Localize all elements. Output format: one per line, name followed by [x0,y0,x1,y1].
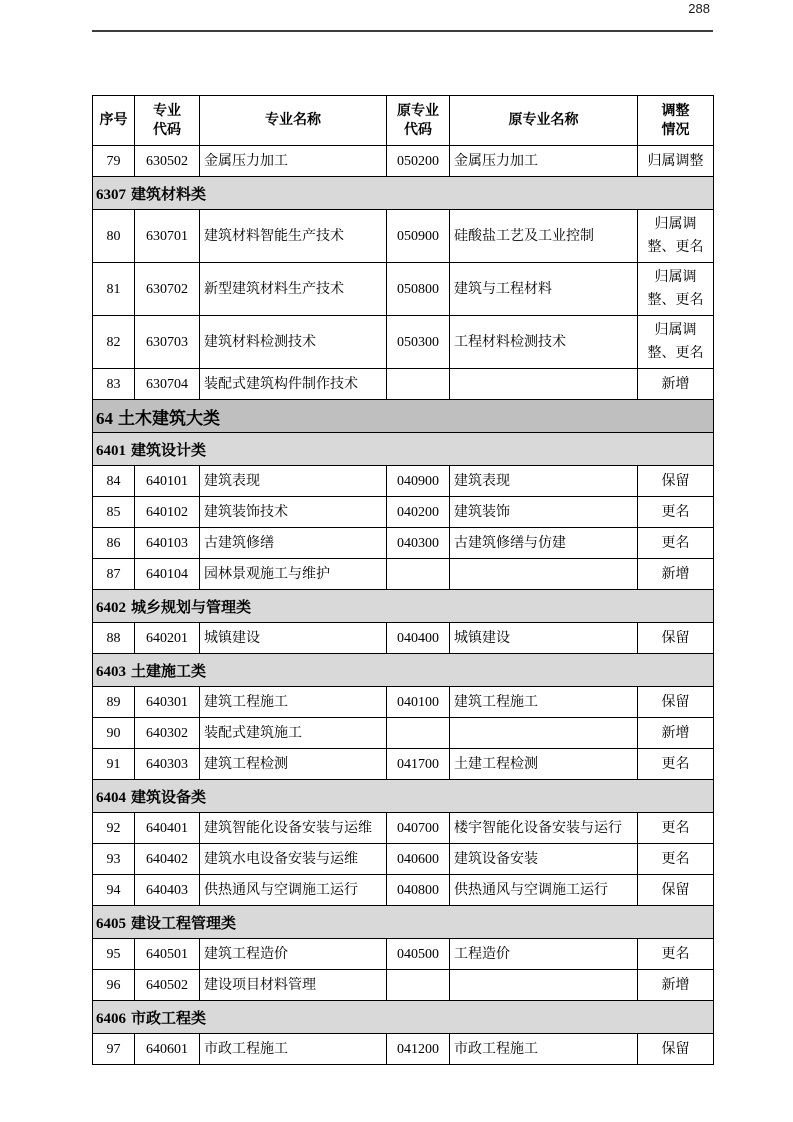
cell-adjustment-status: 保留 [638,875,714,906]
cell-major-name: 建筑表现 [200,466,387,497]
cell-adjustment-status: 保留 [638,1034,714,1065]
cell-major-name: 装配式建筑施工 [200,718,387,749]
cell-old-major-name: 楼宇智能化设备安装与运行 [450,813,638,844]
cell-major-code: 640403 [135,875,200,906]
section-name: 建筑材料类 [131,187,206,203]
table-row: 83630704装配式建筑构件制作技术新增 [93,369,714,400]
cell-old-major-code: 040400 [387,623,450,654]
cell-major-name: 古建筑修缮 [200,528,387,559]
cell-major-name: 金属压力加工 [200,146,387,177]
cell-index: 97 [93,1034,135,1065]
cell-major-name: 新型建筑材料生产技术 [200,263,387,316]
cell-major-code: 640103 [135,528,200,559]
table-row: 80630701建筑材料智能生产技术050900硅酸盐工艺及工业控制归属调整、更… [93,210,714,263]
cell-adjustment-status: 归属调整、更名 [638,263,714,316]
col-header-code: 专业 代码 [135,96,200,146]
cell-adjustment-status: 更名 [638,813,714,844]
table-row: 86640103古建筑修缮040300古建筑修缮与仿建更名 [93,528,714,559]
cell-major-name: 城镇建设 [200,623,387,654]
section-header-row: 6402城乡规划与管理类 [93,590,714,623]
cell-major-code: 630703 [135,316,200,369]
section-header-cell: 6405建设工程管理类 [93,906,714,939]
cell-major-code: 640102 [135,497,200,528]
cell-adjustment-status: 归属调整、更名 [638,316,714,369]
cell-index: 90 [93,718,135,749]
section-header-row: 6401建筑设计类 [93,433,714,466]
table-header-row: 序号专业 代码专业名称原专业 代码原专业名称调整 情况 [93,96,714,146]
table-row: 84640101建筑表现040900建筑表现保留 [93,466,714,497]
cell-old-major-name [450,369,638,400]
cell-old-major-code [387,718,450,749]
cell-old-major-name: 工程材料检测技术 [450,316,638,369]
cell-adjustment-status: 更名 [638,497,714,528]
section-code: 6406 [96,1011,126,1027]
section-code: 64 [96,409,113,428]
cell-old-major-code [387,970,450,1001]
cell-old-major-name: 建筑表现 [450,466,638,497]
section-header-cell: 6401建筑设计类 [93,433,714,466]
cell-old-major-name: 建筑与工程材料 [450,263,638,316]
cell-major-code: 640101 [135,466,200,497]
cell-adjustment-status: 保留 [638,687,714,718]
table-row: 88640201城镇建设040400城镇建设保留 [93,623,714,654]
cell-major-name: 装配式建筑构件制作技术 [200,369,387,400]
cell-major-name: 建筑材料智能生产技术 [200,210,387,263]
cell-adjustment-status: 更名 [638,844,714,875]
section-header-cell: 6404建筑设备类 [93,780,714,813]
cell-index: 87 [93,559,135,590]
cell-major-code: 640501 [135,939,200,970]
table-row: 93640402建筑水电设备安装与运维040600建筑设备安装更名 [93,844,714,875]
cell-old-major-code [387,369,450,400]
cell-adjustment-status: 更名 [638,528,714,559]
cell-old-major-code: 040200 [387,497,450,528]
cell-old-major-name: 市政工程施工 [450,1034,638,1065]
cell-index: 93 [93,844,135,875]
cell-major-code: 630704 [135,369,200,400]
cell-old-major-name: 古建筑修缮与仿建 [450,528,638,559]
cell-major-code: 640401 [135,813,200,844]
cell-major-name: 建筑材料检测技术 [200,316,387,369]
table-row: 95640501建筑工程造价040500工程造价更名 [93,939,714,970]
cell-old-major-name: 工程造价 [450,939,638,970]
cell-index: 91 [93,749,135,780]
section-code: 6401 [96,443,126,459]
cell-index: 86 [93,528,135,559]
cell-index: 81 [93,263,135,316]
cell-adjustment-status: 新增 [638,559,714,590]
cell-major-name: 建筑工程检测 [200,749,387,780]
section-header-cell: 6403土建施工类 [93,654,714,687]
cell-major-name: 市政工程施工 [200,1034,387,1065]
cell-index: 79 [93,146,135,177]
cell-old-major-name: 金属压力加工 [450,146,638,177]
section-header-cell: 6406市政工程类 [93,1001,714,1034]
cell-major-code: 640502 [135,970,200,1001]
document-page: { "page": { "number": "288" }, "table": … [0,0,793,1122]
table-row: 82630703建筑材料检测技术050300工程材料检测技术归属调整、更名 [93,316,714,369]
cell-old-major-code [387,559,450,590]
cell-adjustment-status: 保留 [638,623,714,654]
cell-old-major-name: 城镇建设 [450,623,638,654]
cell-index: 89 [93,687,135,718]
col-header-old-name: 原专业名称 [450,96,638,146]
section-header-row: 6404建筑设备类 [93,780,714,813]
cell-major-name: 建筑工程造价 [200,939,387,970]
cell-old-major-code: 040500 [387,939,450,970]
table-row: 79630502金属压力加工050200金属压力加工归属调整 [93,146,714,177]
cell-major-code: 630702 [135,263,200,316]
cell-old-major-code: 041700 [387,749,450,780]
cell-major-name: 供热通风与空调施工运行 [200,875,387,906]
cell-old-major-name [450,970,638,1001]
section-header-cell: 6307建筑材料类 [93,177,714,210]
cell-major-name: 建设项目材料管理 [200,970,387,1001]
cell-old-major-code: 040800 [387,875,450,906]
table-body: 79630502金属压力加工050200金属压力加工归属调整6307建筑材料类8… [93,146,714,1065]
cell-major-code: 640301 [135,687,200,718]
cell-adjustment-status: 新增 [638,970,714,1001]
cell-index: 82 [93,316,135,369]
header-rule [92,30,713,32]
table-row: 91640303建筑工程检测041700土建工程检测更名 [93,749,714,780]
section-code: 6404 [96,790,126,806]
section-name: 土木建筑大类 [118,409,220,428]
cell-index: 84 [93,466,135,497]
section-code: 6405 [96,916,126,932]
col-header-old-code: 原专业 代码 [387,96,450,146]
cell-major-code: 630701 [135,210,200,263]
cell-old-major-name: 硅酸盐工艺及工业控制 [450,210,638,263]
section-name: 土建施工类 [131,664,206,680]
table-row: 89640301建筑工程施工040100建筑工程施工保留 [93,687,714,718]
section-name: 建设工程管理类 [131,916,236,932]
cell-major-code: 640402 [135,844,200,875]
cell-major-name: 建筑智能化设备安装与运维 [200,813,387,844]
cell-old-major-code: 040700 [387,813,450,844]
table-row: 96640502建设项目材料管理新增 [93,970,714,1001]
table-row: 94640403供热通风与空调施工运行040800供热通风与空调施工运行保留 [93,875,714,906]
cell-index: 83 [93,369,135,400]
section-header-row: 6403土建施工类 [93,654,714,687]
cell-old-major-code: 050300 [387,316,450,369]
cell-major-name: 建筑工程施工 [200,687,387,718]
cell-adjustment-status: 新增 [638,369,714,400]
cell-index: 96 [93,970,135,1001]
cell-adjustment-status: 更名 [638,749,714,780]
cell-old-major-code: 040300 [387,528,450,559]
section-header-cell: 64土木建筑大类 [93,400,714,433]
cell-major-name: 园林景观施工与维护 [200,559,387,590]
cell-adjustment-status: 归属调整 [638,146,714,177]
section-name: 建筑设计类 [131,443,206,459]
cell-old-major-code: 050900 [387,210,450,263]
col-header-status: 调整 情况 [638,96,714,146]
section-header-row: 6307建筑材料类 [93,177,714,210]
cell-index: 94 [93,875,135,906]
section-code: 6402 [96,600,126,616]
cell-adjustment-status: 更名 [638,939,714,970]
cell-old-major-code: 040600 [387,844,450,875]
section-header-row: 6405建设工程管理类 [93,906,714,939]
cell-old-major-name: 供热通风与空调施工运行 [450,875,638,906]
cell-index: 80 [93,210,135,263]
cell-old-major-code: 040100 [387,687,450,718]
section-name: 市政工程类 [131,1011,206,1027]
table-row: 90640302装配式建筑施工新增 [93,718,714,749]
cell-major-name: 建筑水电设备安装与运维 [200,844,387,875]
cell-old-major-name: 土建工程检测 [450,749,638,780]
cell-major-code: 640302 [135,718,200,749]
cell-old-major-code: 040900 [387,466,450,497]
cell-major-code: 640104 [135,559,200,590]
cell-major-code: 640201 [135,623,200,654]
cell-major-code: 640601 [135,1034,200,1065]
section-header-row: 64土木建筑大类 [93,400,714,433]
cell-old-major-code: 050200 [387,146,450,177]
cell-old-major-name [450,718,638,749]
section-name: 建筑设备类 [131,790,206,806]
table-header: 序号专业 代码专业名称原专业 代码原专业名称调整 情况 [93,96,714,146]
col-header-index: 序号 [93,96,135,146]
table-row: 81630702新型建筑材料生产技术050800建筑与工程材料归属调整、更名 [93,263,714,316]
cell-old-major-name: 建筑装饰 [450,497,638,528]
col-header-name: 专业名称 [200,96,387,146]
cell-old-major-name [450,559,638,590]
cell-old-major-code: 041200 [387,1034,450,1065]
cell-index: 95 [93,939,135,970]
section-header-row: 6406市政工程类 [93,1001,714,1034]
cell-index: 85 [93,497,135,528]
section-header-cell: 6402城乡规划与管理类 [93,590,714,623]
section-name: 城乡规划与管理类 [131,600,251,616]
cell-index: 88 [93,623,135,654]
table-row: 97640601市政工程施工041200市政工程施工保留 [93,1034,714,1065]
majors-table: 序号专业 代码专业名称原专业 代码原专业名称调整 情况 79630502金属压力… [92,95,714,1065]
table-row: 87640104园林景观施工与维护新增 [93,559,714,590]
cell-old-major-name: 建筑工程施工 [450,687,638,718]
section-code: 6307 [96,187,126,203]
cell-major-code: 630502 [135,146,200,177]
section-code: 6403 [96,664,126,680]
page-number: 288 [688,1,710,16]
cell-old-major-name: 建筑设备安装 [450,844,638,875]
cell-major-code: 640303 [135,749,200,780]
cell-index: 92 [93,813,135,844]
cell-major-name: 建筑装饰技术 [200,497,387,528]
table-row: 92640401建筑智能化设备安装与运维040700楼宇智能化设备安装与运行更名 [93,813,714,844]
cell-adjustment-status: 新增 [638,718,714,749]
cell-adjustment-status: 保留 [638,466,714,497]
cell-old-major-code: 050800 [387,263,450,316]
cell-adjustment-status: 归属调整、更名 [638,210,714,263]
table-row: 85640102建筑装饰技术040200建筑装饰更名 [93,497,714,528]
